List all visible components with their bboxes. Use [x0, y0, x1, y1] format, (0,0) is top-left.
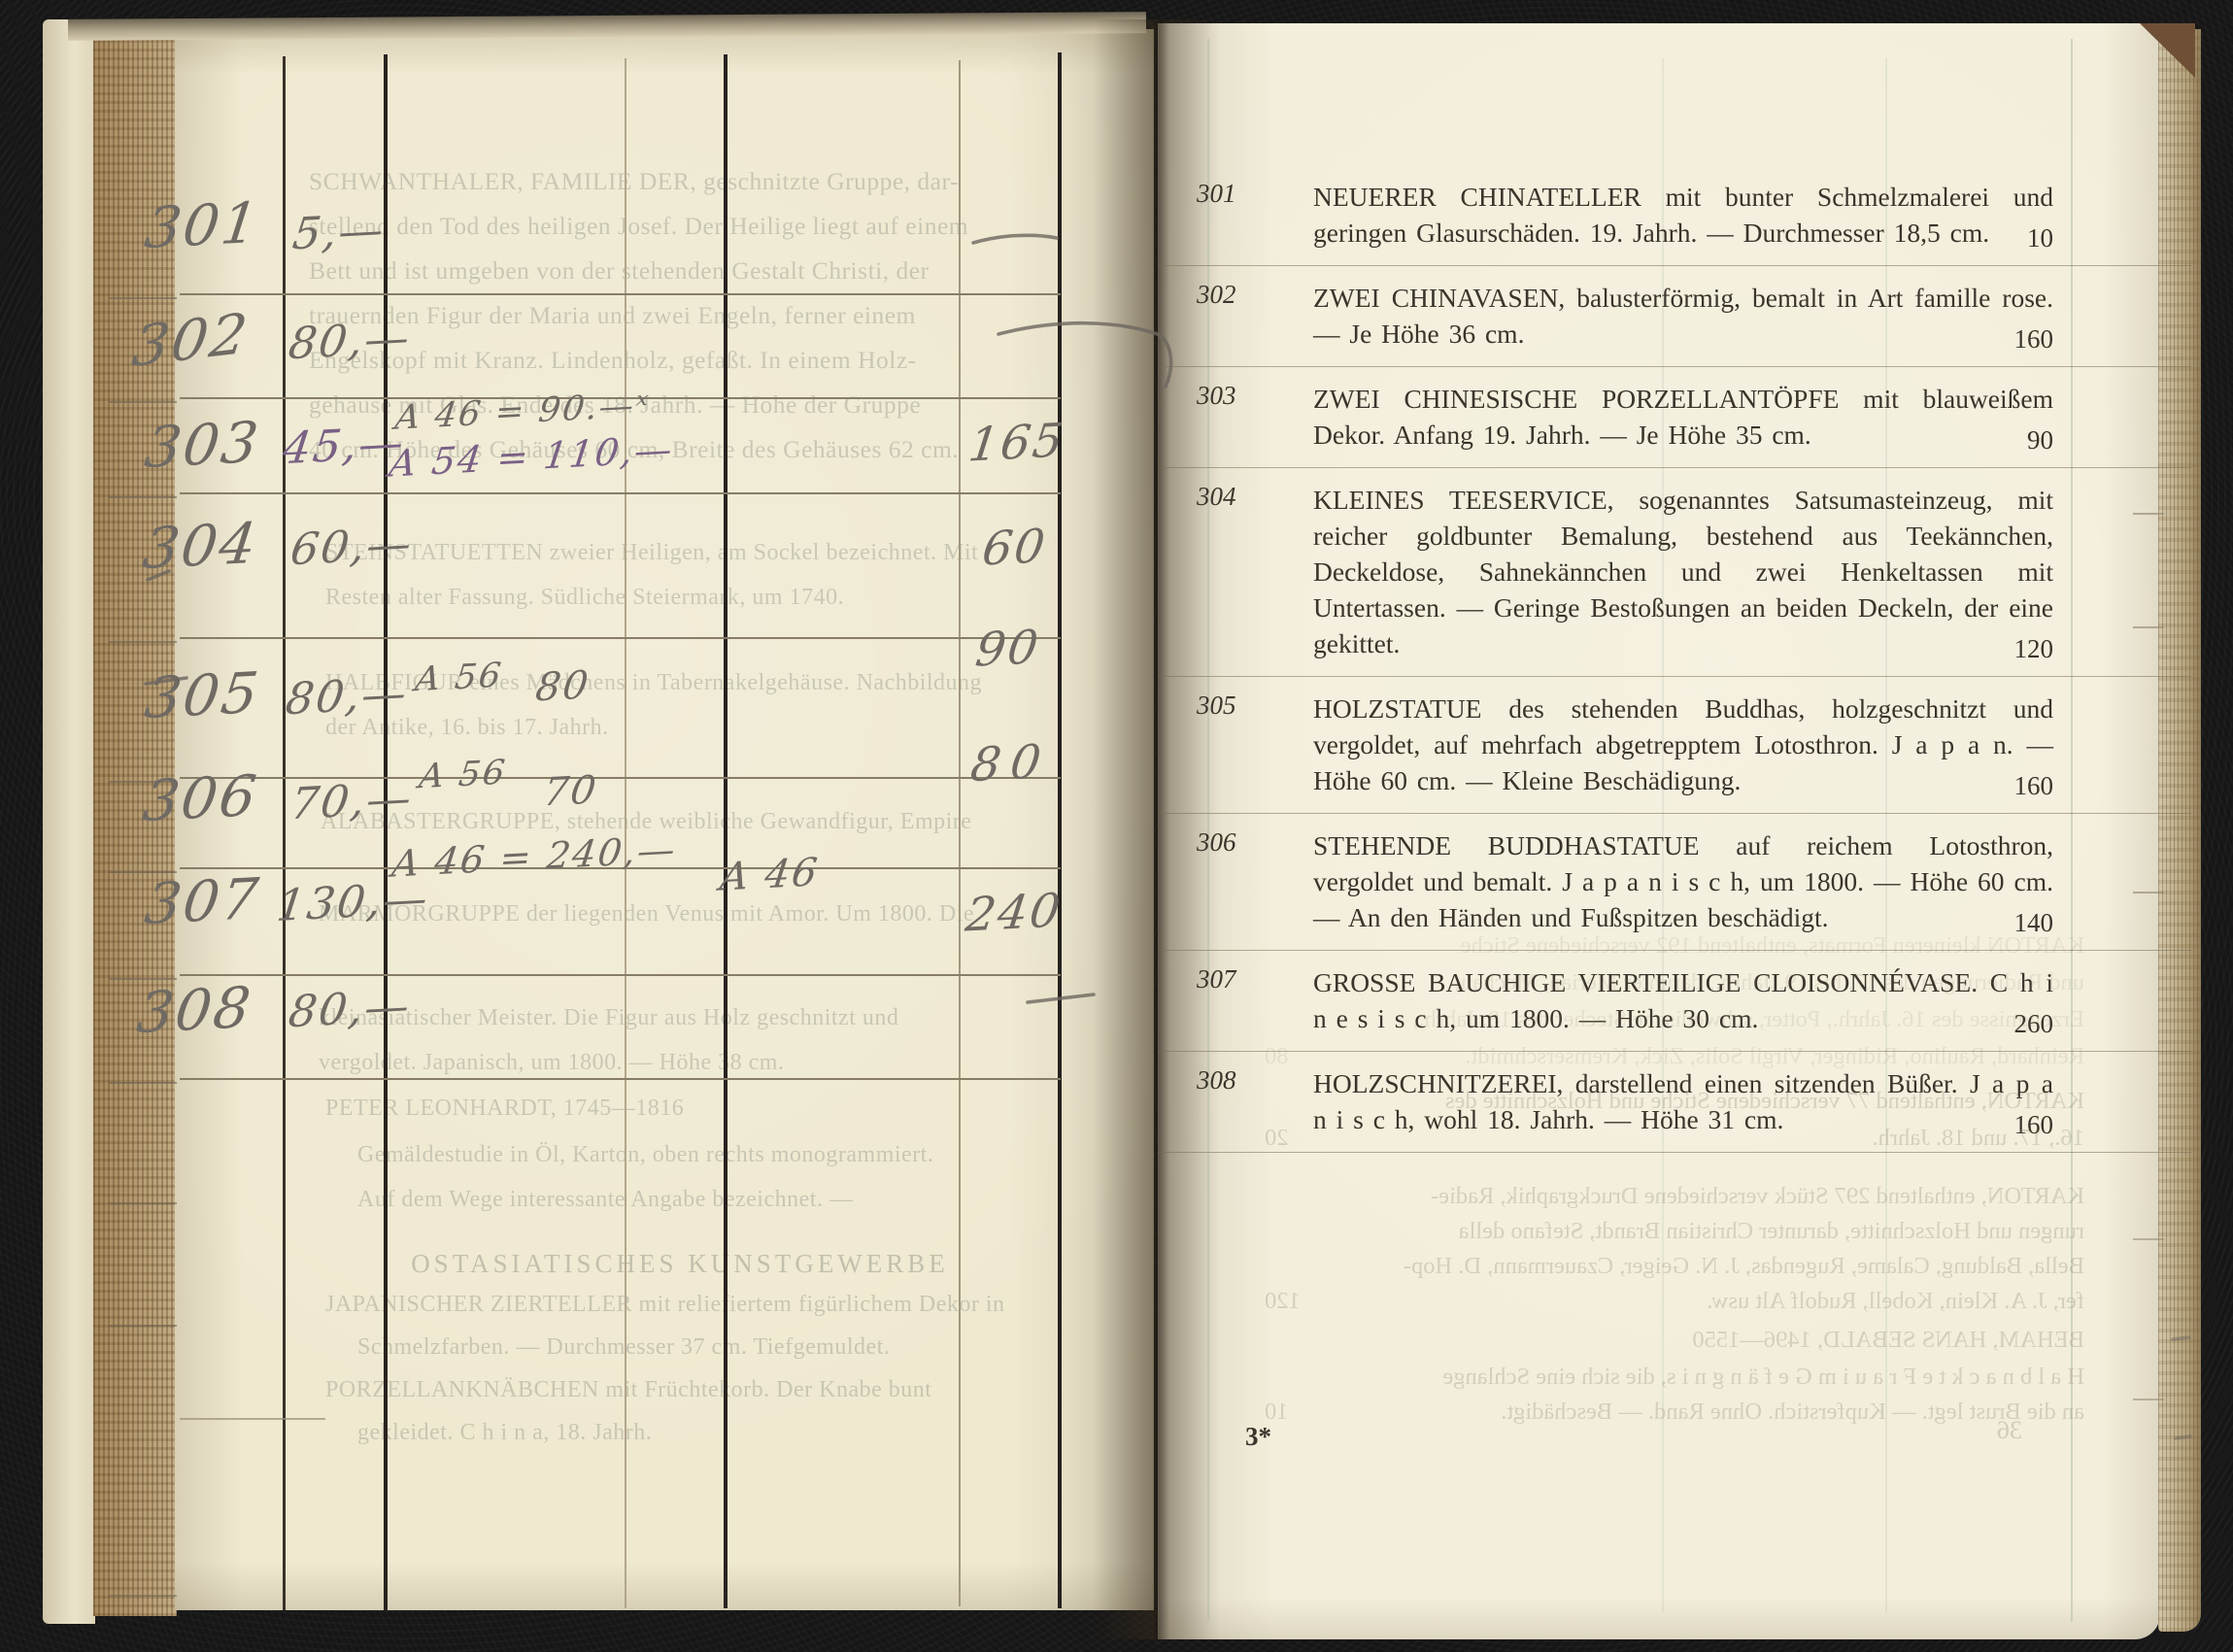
- entry-estimate: 90: [2027, 425, 2053, 455]
- ledger-vertical-rule: [384, 54, 388, 1610]
- catalog-entry-301: 301 NEUERER CHINATELLER mit bunter Schme…: [1158, 165, 2191, 266]
- edge-rule-fragment: [2133, 1238, 2164, 1240]
- ledger-result-value: 80: [967, 734, 1054, 792]
- catalog-book-spread: SCHWANTHALER, FAMILIE DER, geschnitzte G…: [0, 0, 2233, 1652]
- entry-number: 307: [1197, 964, 1236, 995]
- ghost-text-line: Auf dem Wege interessante Angabe bezeich…: [357, 1187, 853, 1213]
- ledger-row-separator: [180, 1078, 1061, 1080]
- ghost-text-line: vergoldet. Japanisch, um 1800. — Höhe 38…: [319, 1050, 784, 1076]
- edge-rule-fragment: [109, 496, 177, 498]
- signature-mark: 3*: [1245, 1422, 1271, 1452]
- catalog-entry-307: 307 GROSSE BAUCHIGE VIERTEILIGE CLOISONN…: [1158, 951, 2191, 1052]
- entry-number: 303: [1197, 381, 1236, 411]
- ledger-vertical-rule: [283, 56, 286, 1610]
- entry-number: 306: [1197, 827, 1236, 858]
- entry-text: NEUERER CHINATELLER mit bunter Schmelzma…: [1313, 179, 2053, 251]
- catalog-entries: 301 NEUERER CHINATELLER mit bunter Schme…: [1158, 165, 2191, 1153]
- ledger-partial-rule: [180, 1418, 325, 1420]
- entry-estimate: 10: [2027, 223, 2053, 253]
- edge-rule-fragment: [109, 401, 177, 403]
- ghost-text-line: STEINSTATUETTEN zweier Heiligen, am Sock…: [325, 540, 978, 566]
- catalog-entry-305: 305 HOLZSTATUE des stehenden Buddhas, ho…: [1158, 677, 2191, 814]
- ledger-row-separator: [180, 974, 1061, 976]
- edge-rule-fragment: [109, 1202, 177, 1204]
- entry-text: GROSSE BAUCHIGE VIERTEILIGE CLOISONNÉVAS…: [1313, 964, 2053, 1036]
- entry-number: 302: [1197, 280, 1236, 310]
- entry-number: 301: [1197, 179, 1236, 209]
- ledger-lot-number: 301: [141, 189, 263, 261]
- ledger-row-separator: [180, 492, 1061, 494]
- entry-estimate: 260: [2014, 1009, 2054, 1039]
- ledger-lot-number: 303: [141, 409, 263, 481]
- ghost-section-heading: OSTASIATISCHES KUNSTGEWERBE: [369, 1249, 991, 1279]
- catalog-entry-303: 303 ZWEI CHINESISCHE PORZELLANTÖPFE mit …: [1158, 367, 2191, 468]
- ledger-note: 80: [533, 663, 592, 711]
- catalog-entry-308: 308 HOLZSCHNITZEREI, darstellend einen s…: [1158, 1052, 2191, 1153]
- ledger-lot-number: 304: [139, 510, 261, 582]
- ghost-page-number: 36: [1997, 1416, 2022, 1445]
- edge-rule-fragment: [109, 1595, 177, 1597]
- left-cover-edge: [43, 19, 95, 1624]
- ledger-result-value: 240: [963, 883, 1065, 942]
- entry-text: HOLZSTATUE des stehenden Buddhas, holzge…: [1313, 691, 2053, 798]
- entry-number: 308: [1197, 1065, 1236, 1096]
- ledger-price: 80,—: [286, 312, 414, 369]
- ledger-result-value: 165: [965, 413, 1067, 472]
- ledger-note: A 56: [417, 754, 509, 797]
- ghost-text-line: Resten alter Fassung. Südliche Steiermar…: [325, 585, 844, 611]
- ledger-result-value: 90: [972, 620, 1043, 677]
- ghost-text-line: stellend den Tod des heiligen Josef. Der…: [309, 212, 968, 241]
- entry-estimate: 160: [2014, 771, 2054, 801]
- ghost-text-line: gekleidet. C h i n a, 18. Jahrh.: [357, 1420, 652, 1446]
- ledger-lot-number: 306: [139, 762, 261, 834]
- ghost-text-line: PETER LEONHARDT, 1745—1816: [325, 1096, 684, 1122]
- ledger-result-value: 60: [979, 519, 1050, 576]
- entry-number: 304: [1197, 482, 1236, 512]
- ghost-text-line: PORZELLANKNÄBCHEN mit Früchtekorb. Der K…: [325, 1377, 931, 1403]
- ghost-text-line: SCHWANTHALER, FAMILIE DER, geschnitzte G…: [309, 167, 959, 196]
- edge-rule-fragment: [109, 1082, 177, 1084]
- edge-rule-fragment: [2133, 1399, 2164, 1400]
- catalog-entry-306: 306 STEHENDE BUDDHASTATUE auf reichem Lo…: [1158, 814, 2191, 951]
- ghost-text-line: JAPANISCHER ZIERTELLER mit reliefiertem …: [325, 1292, 1005, 1318]
- entry-estimate: 140: [2014, 908, 2054, 938]
- ledger-price: 80,—: [283, 667, 411, 725]
- entry-text: ZWEI CHINESISCHE PORZELLANTÖPFE mit blau…: [1313, 381, 2053, 453]
- ledger-price: 60,—: [288, 518, 416, 575]
- entry-estimate: 120: [2014, 634, 2054, 664]
- ledger-vertical-rule: [724, 54, 727, 1608]
- ledger-note: A 56: [413, 657, 505, 700]
- ledger-price: 70,—: [288, 772, 416, 829]
- ledger-lot-number: 308: [133, 974, 255, 1046]
- ledger-row-separator: [180, 293, 1061, 295]
- entry-estimate: 160: [2014, 324, 2054, 354]
- edge-rule-fragment: [109, 297, 177, 299]
- ledger-vertical-rule: [1058, 52, 1062, 1608]
- entry-estimate: 160: [2014, 1110, 2054, 1140]
- ledger-note: 70: [541, 768, 600, 816]
- ledger-lot-number: 307: [141, 865, 263, 937]
- entry-text: STEHENDE BUDDHASTATUE auf reichem Lotost…: [1313, 827, 2053, 935]
- entry-text: ZWEI CHINAVASEN, balusterförmig, bemalt …: [1313, 280, 2053, 352]
- ledger-lot-number: 305: [141, 659, 263, 731]
- ledger-vertical-rule-faint: [959, 60, 961, 1606]
- entry-text: KLEINES TEESERVICE, sogenanntes Satsumas…: [1313, 482, 2053, 661]
- ghost-text-line: Gemäldestudie in Öl, Karton, oben rechts…: [357, 1142, 933, 1168]
- edge-rule-fragment: [109, 641, 177, 643]
- ghost-text-line: Bett und ist umgeben von der stehenden G…: [309, 256, 930, 286]
- catalog-entry-304: 304 KLEINES TEESERVICE, sogenanntes Sats…: [1158, 468, 2191, 677]
- catalog-entry-302: 302 ZWEI CHINAVASEN, balusterförmig, bem…: [1158, 266, 2191, 367]
- ledger-price: 80,—: [286, 980, 414, 1037]
- ledger-note: A 46: [718, 850, 822, 899]
- ledger-row-separator: [180, 637, 1061, 639]
- entry-text: HOLZSCHNITZEREI, darstellend einen sitze…: [1313, 1065, 2053, 1137]
- ledger-price: 5,—: [289, 204, 388, 260]
- entry-number: 305: [1197, 691, 1236, 721]
- edge-rule-fragment: [109, 1325, 177, 1327]
